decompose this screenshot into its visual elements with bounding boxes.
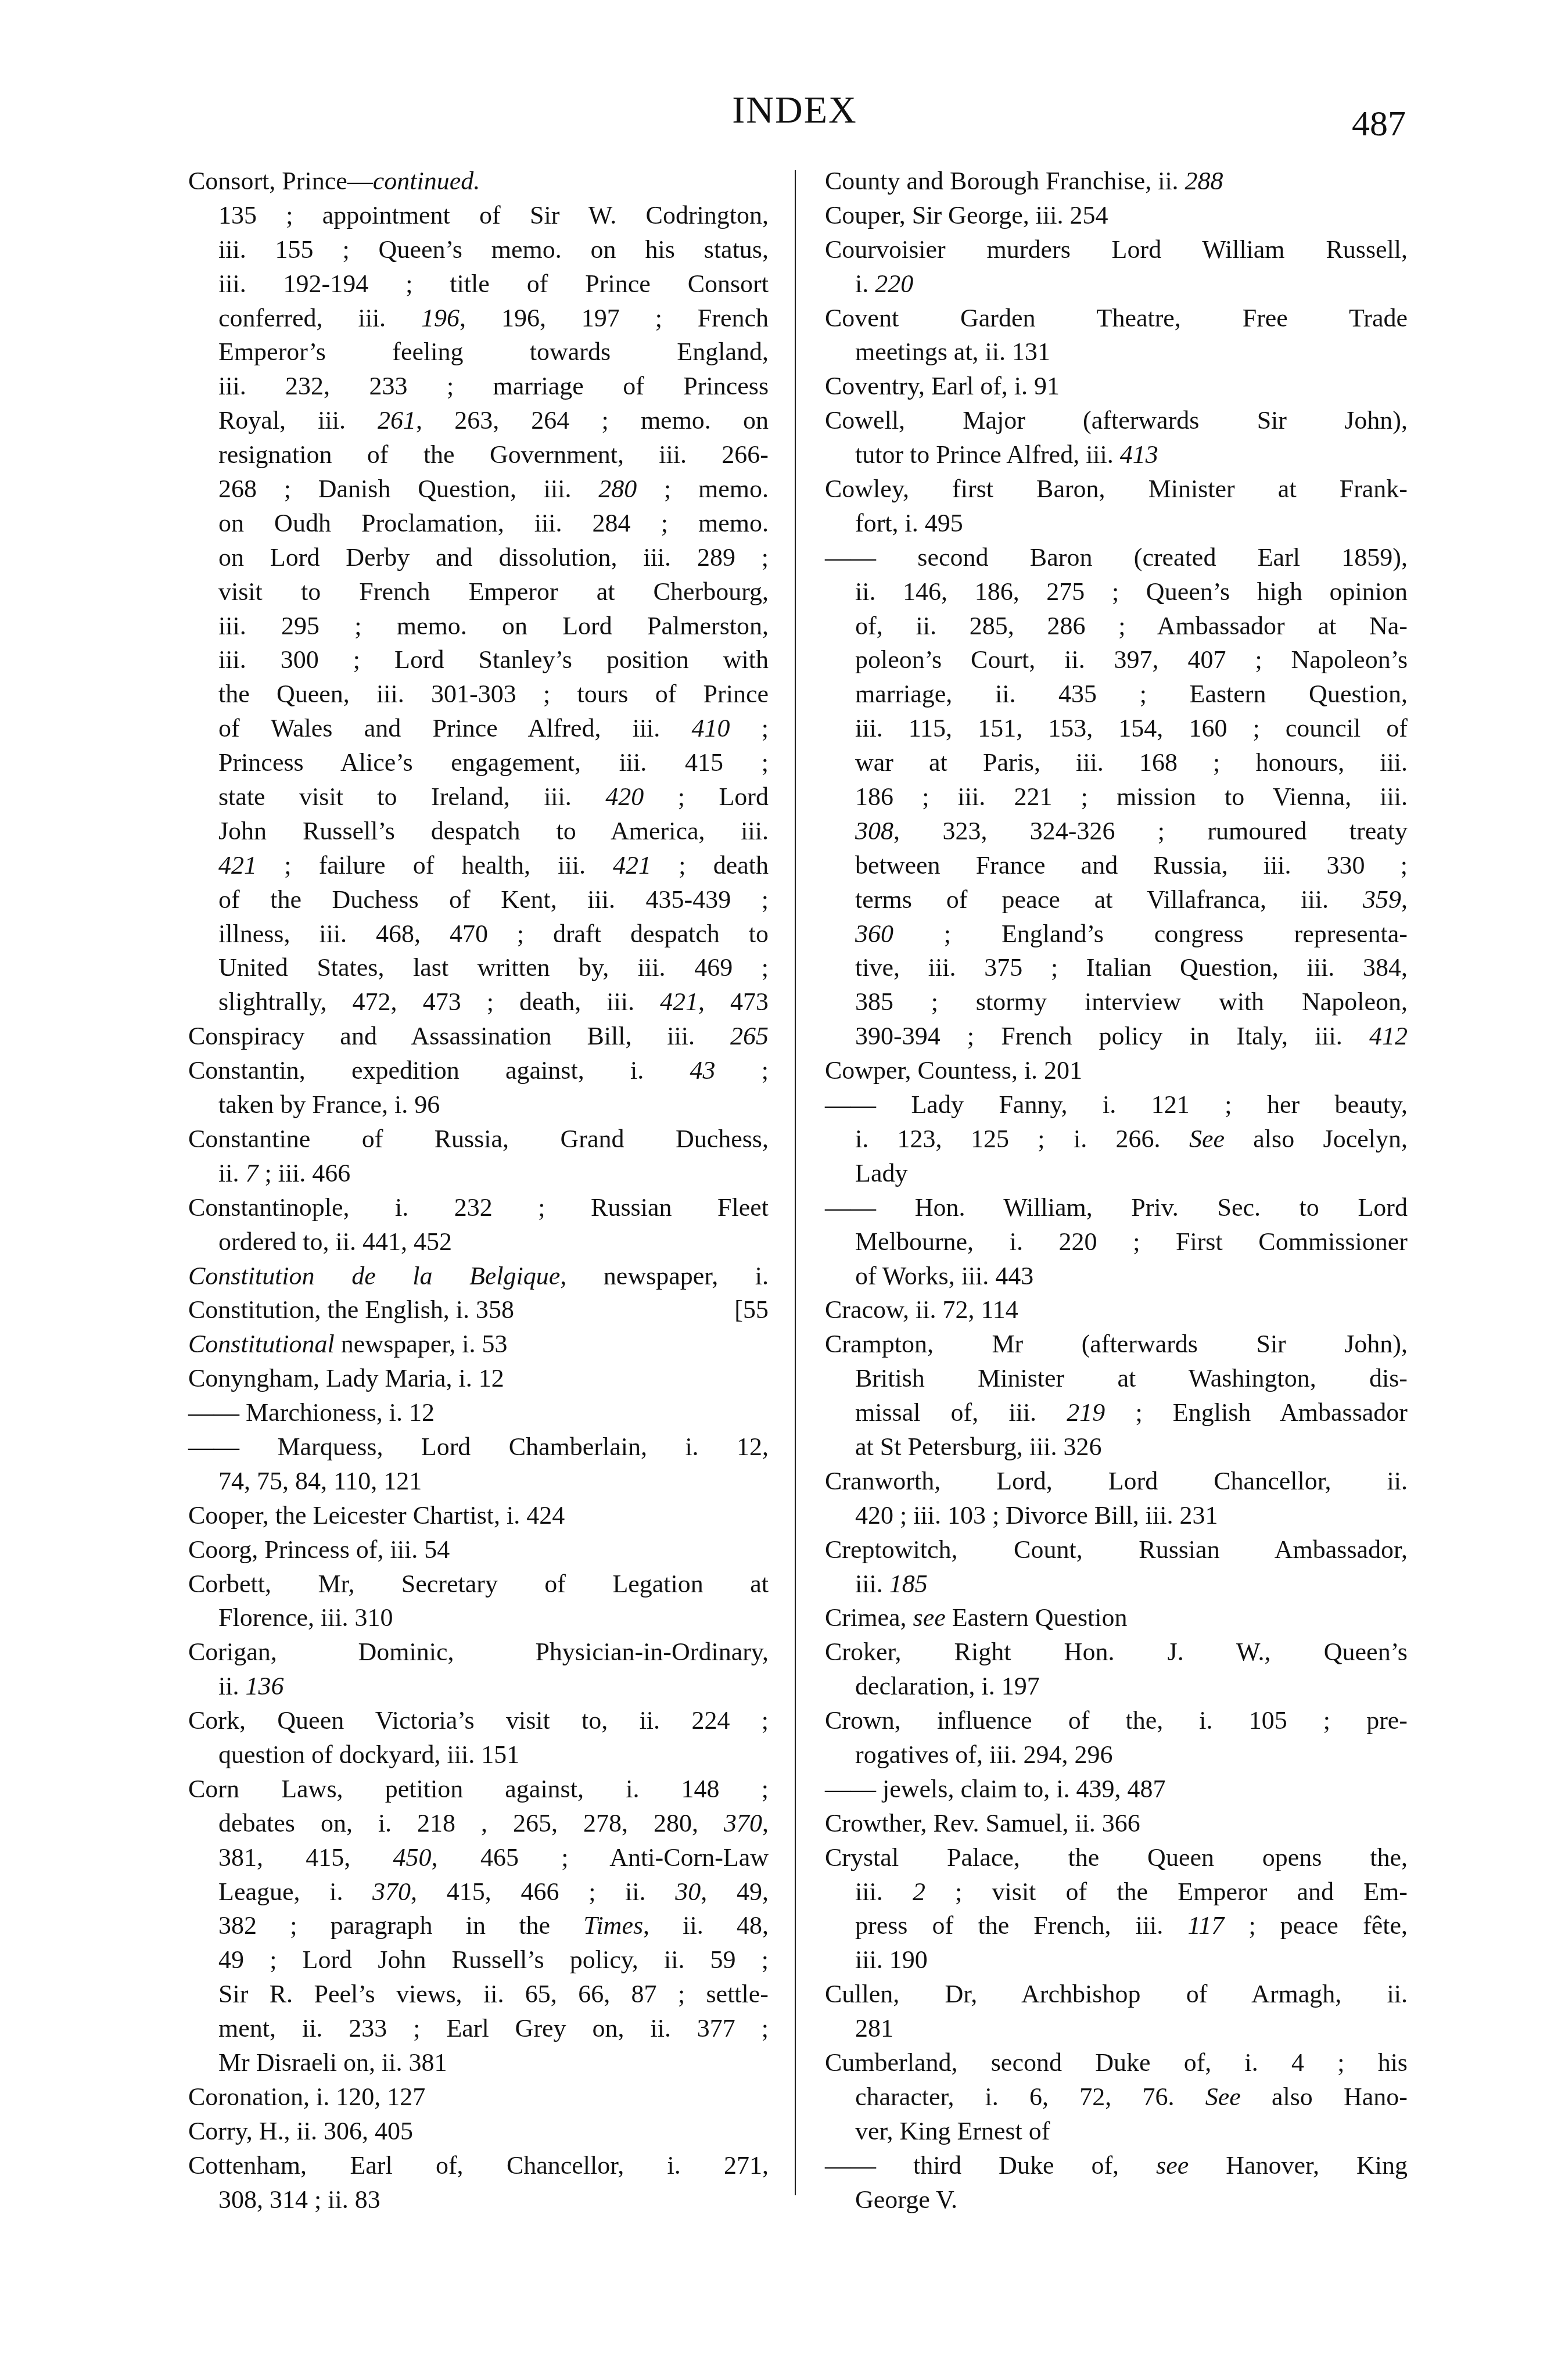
text: —— Hon. William, Priv. Sec. to Lord (825, 1193, 1408, 1222)
text: —— Marquess, Lord Chamberlain, i. 12, (188, 1433, 769, 1461)
italic-text: 219 (1067, 1398, 1105, 1427)
index-entry-line: Constantinople, i. 232 ; Russian Fleet (188, 1191, 769, 1225)
text: ; memo. (637, 475, 769, 503)
text: Constitution, the English, i. 358 (188, 1295, 514, 1324)
text: war at Paris, iii. 168 ; honours, iii. (855, 748, 1408, 777)
index-entry-continuation: 308, 323, 324-326 ; rumoured treaty (825, 814, 1408, 849)
text: —— jewels, claim to, i. 439, 487 (825, 1775, 1166, 1803)
index-entry-continuation: Emperor’s feeling towards England, (188, 335, 769, 369)
text: illness, iii. 468, 470 ; draft despatch … (218, 920, 769, 948)
text: United States, last written by, iii. 469… (218, 953, 769, 982)
index-entry-line: Courvoisier murders Lord William Russell… (825, 233, 1408, 267)
italic-text: 420 (605, 782, 644, 811)
index-entry-line: —— third Duke of, see Hanover, King (825, 2149, 1408, 2183)
text: ii. (218, 1672, 245, 1700)
text: League, i. (218, 1878, 372, 1906)
italic-text: 30 (675, 1878, 701, 1906)
text: taken by France, i. 96 (218, 1090, 440, 1119)
index-entry-line: County and Borough Franchise, ii. 288 (825, 164, 1408, 199)
text: Courvoisier murders Lord William Russell… (825, 235, 1408, 264)
index-entry-line: —— Marquess, Lord Chamberlain, i. 12, (188, 1430, 769, 1464)
index-entry-continuation: 420 ; iii. 103 ; Divorce Bill, iii. 231 (825, 1499, 1408, 1533)
index-entry-continuation: Mr Disraeli on, ii. 381 (188, 2046, 769, 2080)
text: terms of peace at Villafranca, iii. (855, 885, 1363, 914)
italic-text: 412 (1369, 1022, 1408, 1050)
page-title: INDEX (713, 87, 876, 134)
index-entry-line: Conspiracy and Assassination Bill, iii. … (188, 1020, 769, 1054)
text: Emperor’s feeling towards England, (218, 338, 769, 366)
index-entry-continuation: Princess Alice’s engagement, iii. 415 ; (188, 746, 769, 780)
text: Conyngham, Lady Maria, i. 12 (188, 1364, 504, 1392)
index-entry-continuation: Melbourne, i. 220 ; First Commissioner (825, 1225, 1408, 1259)
text: Covent Garden Theatre, Free Trade (825, 304, 1408, 332)
index-entry-line: Crown, influence of the, i. 105 ; pre- (825, 1704, 1408, 1738)
text: ment, ii. 233 ; Earl Grey on, ii. 377 ; (218, 2014, 769, 2042)
text: marriage, ii. 435 ; Eastern Question, (855, 680, 1408, 708)
index-entry-line: Cowper, Countess, i. 201 (825, 1054, 1408, 1088)
text: Cottenham, Earl of, Chancellor, i. 271, (188, 2151, 769, 2180)
index-entry-continuation: Lady (825, 1157, 1408, 1191)
index-entry-line: —— Hon. William, Priv. Sec. to Lord (825, 1191, 1408, 1225)
italic-text: 360 (855, 920, 893, 948)
text: ; visit of the Emperor and Em- (925, 1878, 1408, 1906)
index-entry-line: Cranworth, Lord, Lord Chancellor, ii. (825, 1464, 1408, 1499)
index-entry-continuation: Florence, iii. 310 (188, 1601, 769, 1635)
index-entry-continuation: 74, 75, 84, 110, 121 (188, 1464, 769, 1499)
text: declaration, i. 197 (855, 1672, 1040, 1700)
index-entry-continuation: between France and Russia, iii. 330 ; (825, 849, 1408, 883)
index-entry-line: Constantine of Russia, Grand Duchess, (188, 1122, 769, 1157)
text: Couper, Sir George, iii. 254 (825, 201, 1108, 229)
italic-text: 265 (730, 1022, 769, 1050)
text: at St Petersburg, iii. 326 (855, 1433, 1102, 1461)
index-entry-continuation: Royal, iii. 261, 263, 264 ; memo. on (188, 404, 769, 438)
text: , ii. 48, (643, 1911, 769, 1940)
text: Cracow, ii. 72, 114 (825, 1295, 1018, 1324)
text: John Russell’s despatch to America, iii. (218, 817, 769, 845)
index-entry-line: Coronation, i. 120, 127 (188, 2080, 769, 2115)
text: 390-394 ; French policy in Italy, iii. (855, 1022, 1369, 1050)
index-entry-continuation: tive, iii. 375 ; Italian Question, iii. … (825, 951, 1408, 985)
index-entry-continuation: United States, last written by, iii. 469… (188, 951, 769, 985)
index-entry-continuation: missal of, iii. 219 ; English Ambassador (825, 1396, 1408, 1430)
text: ; English Ambassador (1105, 1398, 1408, 1427)
text: conferred, iii. (218, 304, 421, 332)
text: 135 ; appointment of Sir W. Codrington, (218, 201, 769, 229)
index-entry-continuation: fort, i. 495 (825, 507, 1408, 541)
catchword-tag: [55 (734, 1293, 769, 1327)
italic-text: see (913, 1603, 946, 1632)
text: , 465 ; Anti-Corn-Law (432, 1843, 769, 1872)
text: , 49, (701, 1878, 769, 1906)
text: debates on, i. 218 , 265, 278, 280, (218, 1809, 724, 1837)
text: on Oudh Proclamation, iii. 284 ; memo. (218, 509, 769, 537)
text: Hanover, King (1189, 2151, 1408, 2180)
index-entry-continuation: state visit to Ireland, iii. 420 ; Lord (188, 780, 769, 814)
index-entry-continuation: League, i. 370, 415, 466 ; ii. 30, 49, (188, 1875, 769, 1909)
index-entry-line: Creptowitch, Count, Russian Ambassador, (825, 1533, 1408, 1567)
text: newspaper, i. 53 (335, 1330, 508, 1358)
italic-text: 220 (875, 270, 913, 298)
index-entry-continuation: 360 ; England’s congress representa- (825, 917, 1408, 952)
text: iii. 232, 233 ; marriage of Princess (218, 372, 769, 400)
text: George V. (855, 2185, 957, 2214)
index-entry-continuation: terms of peace at Villafranca, iii. 359, (825, 883, 1408, 917)
text: iii. 192-194 ; title of Prince Consort (218, 270, 769, 298)
index-entry-continuation: iii. 300 ; Lord Stanley’s position with (188, 643, 769, 677)
index-entry-line: Constantin, expedition against, i. 43 ; (188, 1054, 769, 1088)
text: Coronation, i. 120, 127 (188, 2083, 425, 2111)
text: ; iii. 466 (258, 1159, 350, 1187)
text: Mr Disraeli on, ii. 381 (218, 2048, 447, 2077)
index-entry-continuation: visit to French Emperor at Cherbourg, (188, 575, 769, 609)
text: also Hano- (1241, 2083, 1408, 2111)
text: Cranworth, Lord, Lord Chancellor, ii. (825, 1467, 1408, 1495)
index-entry-continuation: British Minister at Washington, dis- (825, 1362, 1408, 1396)
text: character, i. 6, 72, 76. (855, 2083, 1205, 2111)
text: meetings at, ii. 131 (855, 338, 1050, 366)
index-entry-continuation: ment, ii. 233 ; Earl Grey on, ii. 377 ; (188, 2012, 769, 2046)
index-entry-line: Crampton, Mr (afterwards Sir John), (825, 1327, 1408, 1362)
index-entry-continuation: ii. 146, 186, 275 ; Queen’s high opinion (825, 575, 1408, 609)
text: Consort, Prince— (188, 167, 373, 195)
text: 381, 415, (218, 1843, 393, 1872)
index-entry-line: Cooper, the Leicester Chartist, i. 424 (188, 1499, 769, 1533)
index-entry-continuation: 135 ; appointment of Sir W. Codrington, (188, 199, 769, 233)
index-entry-continuation: conferred, iii. 196, 196, 197 ; French (188, 301, 769, 336)
index-entry-continuation: 186 ; iii. 221 ; mission to Vienna, iii. (825, 780, 1408, 814)
text: 420 ; iii. 103 ; Divorce Bill, iii. 231 (855, 1501, 1218, 1530)
index-entry-continuation: taken by France, i. 96 (188, 1088, 769, 1122)
index-entry-line: Covent Garden Theatre, Free Trade (825, 301, 1408, 336)
text: iii. (855, 1878, 913, 1906)
italic-text: 196 (421, 304, 460, 332)
index-entry-continuation: of Wales and Prince Alfred, iii. 410 ; (188, 712, 769, 746)
text: —— third Duke of, (825, 2151, 1156, 2180)
text: , 415, 466 ; ii. (411, 1878, 675, 1906)
index-entry-continuation: Sir R. Peel’s views, ii. 65, 66, 87 ; se… (188, 1977, 769, 2012)
text: Constantin, expedition against, i. (188, 1056, 690, 1085)
index-entry-continuation: iii. 232, 233 ; marriage of Princess (188, 369, 769, 404)
text: rogatives of, iii. 294, 296 (855, 1740, 1113, 1769)
text: Corigan, Dominic, Physician-in-Ordinary, (188, 1638, 769, 1666)
index-entry-continuation: iii. 2 ; visit of the Emperor and Em- (825, 1875, 1408, 1909)
italic-text: 308 (855, 817, 893, 845)
index-entry-continuation: declaration, i. 197 (825, 1670, 1408, 1704)
index-entry-line: —— Lady Fanny, i. 121 ; her beauty, (825, 1088, 1408, 1122)
text: Coventry, Earl of, i. 91 (825, 372, 1060, 400)
text: of Wales and Prince Alfred, iii. (218, 714, 692, 742)
text: ver, King Ernest of (855, 2117, 1050, 2145)
index-entry-line: —— Marchioness, i. 12 (188, 1396, 769, 1430)
index-entry-continuation: the Queen, iii. 301-303 ; tours of Princ… (188, 677, 769, 712)
index-entry-line: Croker, Right Hon. J. W., Queen’s (825, 1635, 1408, 1670)
italic-text: continued. (373, 167, 480, 195)
italic-text: 413 (1120, 440, 1158, 469)
text: of the Duchess of Kent, iii. 435-439 ; (218, 885, 769, 914)
text: Corbett, Mr, Secretary of Legation at (188, 1570, 769, 1598)
index-entry-continuation: iii. 115, 151, 153, 154, 160 ; council o… (825, 712, 1408, 746)
index-entry-line: Crimea, see Eastern Question (825, 1601, 1408, 1635)
index-entry-continuation: tutor to Prince Alfred, iii. 413 (825, 438, 1408, 472)
text: tive, iii. 375 ; Italian Question, iii. … (855, 953, 1408, 982)
italic-text: 136 (245, 1672, 283, 1700)
text: iii. 190 (855, 1945, 928, 1974)
text: Cork, Queen Victoria’s visit to, ii. 224… (188, 1706, 769, 1735)
text: poleon’s Court, ii. 397, 407 ; Napoleon’… (855, 645, 1408, 674)
text: of Works, iii. 443 (855, 1262, 1033, 1290)
index-entry-continuation: i. 220 (825, 267, 1408, 301)
text: ; peace fête, (1224, 1911, 1408, 1940)
index-entry-line: Corry, H., ii. 306, 405 (188, 2115, 769, 2149)
text: , (762, 1809, 769, 1837)
text: Corry, H., ii. 306, 405 (188, 2117, 413, 2145)
index-entry-continuation: 281 (825, 2012, 1408, 2046)
text: press of the French, iii. (855, 1911, 1188, 1940)
text: between France and Russia, iii. 330 ; (855, 851, 1408, 880)
text: of, ii. 285, 286 ; Ambassador at Na- (855, 612, 1408, 640)
italic-text: Constitutional (188, 1330, 335, 1358)
index-entry-line: Corigan, Dominic, Physician-in-Ordinary, (188, 1635, 769, 1670)
index-entry-continuation: of the Duchess of Kent, iii. 435-439 ; (188, 883, 769, 917)
index-entry-line: Cumberland, second Duke of, i. 4 ; his (825, 2046, 1408, 2080)
index-entry-continuation: resignation of the Government, iii. 266- (188, 438, 769, 472)
italic-text: 370 (724, 1809, 762, 1837)
text: —— Lady Fanny, i. 121 ; her beauty, (825, 1090, 1408, 1119)
index-entry-line: —— jewels, claim to, i. 439, 487 (825, 1772, 1408, 1807)
text: Crystal Palace, the Queen opens the, (825, 1843, 1408, 1872)
text: 49 ; Lord John Russell’s policy, ii. 59 … (218, 1945, 769, 1974)
text: British Minister at Washington, dis- (855, 1364, 1408, 1392)
index-entry-continuation: i. 123, 125 ; i. 266. See also Jocelyn, (825, 1122, 1408, 1157)
text: the Queen, iii. 301-303 ; tours of Princ… (218, 680, 769, 708)
italic-text: 421 (660, 988, 698, 1016)
text: iii. 295 ; memo. on Lord Palmerston, (218, 612, 769, 640)
text: , 473 (698, 988, 769, 1016)
italic-text: See (1189, 1125, 1225, 1153)
text: 74, 75, 84, 110, 121 (218, 1467, 422, 1495)
index-entry-continuation: marriage, ii. 435 ; Eastern Question, (825, 677, 1408, 712)
text: visit to French Emperor at Cherbourg, (218, 577, 769, 606)
text: ii. (218, 1159, 245, 1187)
italic-text: Times (583, 1911, 643, 1940)
index-entry-continuation: 385 ; stormy interview with Napoleon, (825, 985, 1408, 1020)
text: ; Lord (644, 782, 769, 811)
index-entry-line: Corbett, Mr, Secretary of Legation at (188, 1567, 769, 1602)
index-entry-continuation: iii. 185 (825, 1567, 1408, 1602)
index-entry-line: Constitution de la Belgique, newspaper, … (188, 1259, 769, 1294)
index-entry-line: —— second Baron (created Earl 1859), (825, 541, 1408, 575)
text: ; England’s congress representa- (893, 920, 1408, 948)
index-entry-line: Cork, Queen Victoria’s visit to, ii. 224… (188, 1704, 769, 1738)
index-entry-line: Cowley, first Baron, Minister at Frank- (825, 472, 1408, 507)
text: on Lord Derby and dissolution, iii. 289 … (218, 543, 769, 572)
index-entry-continuation: character, i. 6, 72, 76. See also Hano- (825, 2080, 1408, 2115)
text: 385 ; stormy interview with Napoleon, (855, 988, 1408, 1016)
text: iii. 300 ; Lord Stanley’s position with (218, 645, 769, 674)
text: resignation of the Government, iii. 266- (218, 440, 769, 469)
index-entry-continuation: 49 ; Lord John Russell’s policy, ii. 59 … (188, 1943, 769, 1977)
italic-text: Constitution de la Belgique (188, 1262, 560, 1290)
text: ii. 146, 186, 275 ; Queen’s high opinion (855, 577, 1408, 606)
text: , newspaper, i. (560, 1262, 769, 1290)
index-entry-continuation: ii. 136 (188, 1670, 769, 1704)
index-entry-line: Cracow, ii. 72, 114 (825, 1293, 1408, 1327)
italic-text: 261 (378, 406, 416, 435)
italic-text: 421 (613, 851, 651, 880)
index-entry-continuation: John Russell’s despatch to America, iii. (188, 814, 769, 849)
text: , (1401, 885, 1408, 914)
text: Crimea, (825, 1603, 913, 1632)
text: state visit to Ireland, iii. (218, 782, 605, 811)
text: Corn Laws, petition against, i. 148 ; (188, 1775, 769, 1803)
text: Eastern Question (946, 1603, 1128, 1632)
index-entry-line: Cullen, Dr, Archbishop of Armagh, ii. (825, 1977, 1408, 2012)
italic-text: 7 (245, 1159, 258, 1187)
text: Creptowitch, Count, Russian Ambassador, (825, 1535, 1408, 1564)
index-column-left: Consort, Prince—continued.135 ; appointm… (188, 164, 769, 2217)
text: Cullen, Dr, Archbishop of Armagh, ii. (825, 1980, 1408, 2008)
text: also Jocelyn, (1225, 1125, 1408, 1153)
text: —— Marchioness, i. 12 (188, 1398, 435, 1427)
text: Coorg, Princess of, iii. 54 (188, 1535, 450, 1564)
index-entry-continuation: 382 ; paragraph in the Times, ii. 48, (188, 1909, 769, 1943)
text: Lady (855, 1159, 907, 1187)
index-entry-continuation: on Lord Derby and dissolution, iii. 289 … (188, 541, 769, 575)
index-column-right: County and Borough Franchise, ii. 288Cou… (825, 164, 1408, 2217)
text: 281 (855, 2014, 893, 2042)
index-entry-continuation: iii. 155 ; Queen’s memo. on his status, (188, 233, 769, 267)
italic-text: 117 (1188, 1911, 1225, 1940)
text: tutor to Prince Alfred, iii. (855, 440, 1120, 469)
text: missal of, iii. (855, 1398, 1067, 1427)
index-entry-continuation: debates on, i. 218 , 265, 278, 280, 370, (188, 1807, 769, 1841)
index-entry-continuation: press of the French, iii. 117 ; peace fê… (825, 1909, 1408, 1943)
index-entry-continuation: meetings at, ii. 131 (825, 335, 1408, 369)
index-entry-continuation: slightrally, 472, 473 ; death, iii. 421,… (188, 985, 769, 1020)
index-entry-line: Crowther, Rev. Samuel, ii. 366 (825, 1807, 1408, 1841)
italic-text: 450 (393, 1843, 432, 1872)
text: Florence, iii. 310 (218, 1603, 393, 1632)
text: , 196, 197 ; French (460, 304, 769, 332)
text: Royal, iii. (218, 406, 378, 435)
page-number: 487 (1330, 103, 1406, 144)
text: iii. 155 ; Queen’s memo. on his status, (218, 235, 769, 264)
index-entry-line: Crystal Palace, the Queen opens the, (825, 1841, 1408, 1875)
text: 186 ; iii. 221 ; mission to Vienna, iii. (855, 782, 1408, 811)
index-entry-continuation: 390-394 ; French policy in Italy, iii. 4… (825, 1020, 1408, 1054)
italic-text: 288 (1185, 167, 1223, 195)
index-entry-continuation: 308, 314 ; ii. 83 (188, 2183, 769, 2217)
text: Crampton, Mr (afterwards Sir John), (825, 1330, 1408, 1358)
index-entry-continuation: 268 ; Danish Question, iii. 280 ; memo. (188, 472, 769, 507)
text: ordered to, ii. 441, 452 (218, 1227, 452, 1256)
index-entry-line: Corn Laws, petition against, i. 148 ; (188, 1772, 769, 1807)
index-entry-line: Cowell, Major (afterwards Sir John), (825, 404, 1408, 438)
italic-text: 370 (372, 1878, 411, 1906)
index-entry-line: Constitutional newspaper, i. 53 (188, 1327, 769, 1362)
index-entry-continuation: on Oudh Proclamation, iii. 284 ; memo. (188, 507, 769, 541)
text: Cooper, the Leicester Chartist, i. 424 (188, 1501, 565, 1530)
text: 382 ; paragraph in the (218, 1911, 583, 1940)
text: i. (855, 270, 875, 298)
text: Cowper, Countess, i. 201 (825, 1056, 1082, 1085)
italic-text: 280 (598, 475, 637, 503)
text: Constantine of Russia, Grand Duchess, (188, 1125, 769, 1153)
text: iii. 115, 151, 153, 154, 160 ; council o… (855, 714, 1408, 742)
text: ; failure of health, iii. (257, 851, 613, 880)
text: ; death (651, 851, 769, 880)
text: , 263, 264 ; memo. on (416, 406, 769, 435)
index-entry-continuation: question of dockyard, iii. 151 (188, 1738, 769, 1772)
text: ; (715, 1056, 769, 1085)
index-entry-continuation: George V. (825, 2183, 1408, 2217)
index-entry-continuation: at St Petersburg, iii. 326 (825, 1430, 1408, 1464)
text: Cowell, Major (afterwards Sir John), (825, 406, 1408, 435)
index-entry-continuation: 381, 415, 450, 465 ; Anti-Corn-Law (188, 1841, 769, 1875)
index-entry-line: Coventry, Earl of, i. 91 (825, 369, 1408, 404)
text: iii. (855, 1570, 889, 1598)
text: ; (730, 714, 769, 742)
index-entry-continuation: war at Paris, iii. 168 ; honours, iii. (825, 746, 1408, 780)
italic-text: 421 (218, 851, 257, 880)
index-entry-continuation: ver, King Ernest of (825, 2115, 1408, 2149)
index-entry-line: Conyngham, Lady Maria, i. 12 (188, 1362, 769, 1396)
italic-text: See (1205, 2083, 1241, 2111)
italic-text: 43 (690, 1056, 715, 1085)
index-entry-continuation: iii. 190 (825, 1943, 1408, 1977)
index-entry-continuation: rogatives of, iii. 294, 296 (825, 1738, 1408, 1772)
text: question of dockyard, iii. 151 (218, 1740, 519, 1769)
index-entry-continuation: of, ii. 285, 286 ; Ambassador at Na- (825, 609, 1408, 644)
italic-text: see (1156, 2151, 1189, 2180)
italic-text: 359 (1363, 885, 1401, 914)
text: , 323, 324-326 ; rumoured treaty (893, 817, 1408, 845)
text: Conspiracy and Assassination Bill, iii. (188, 1022, 730, 1050)
index-entry-continuation: 421 ; failure of health, iii. 421 ; deat… (188, 849, 769, 883)
index-entry-line: Couper, Sir George, iii. 254 (825, 199, 1408, 233)
text: slightrally, 472, 473 ; death, iii. (218, 988, 660, 1016)
index-entry-line: Cottenham, Earl of, Chancellor, i. 271, (188, 2149, 769, 2183)
text: Constantinople, i. 232 ; Russian Fleet (188, 1193, 769, 1222)
text: Melbourne, i. 220 ; First Commissioner (855, 1227, 1408, 1256)
text: Cowley, first Baron, Minister at Frank- (825, 475, 1408, 503)
index-entry-continuation: iii. 295 ; memo. on Lord Palmerston, (188, 609, 769, 644)
italic-text: 185 (889, 1570, 928, 1598)
text: i. 123, 125 ; i. 266. (855, 1125, 1189, 1153)
text: Crown, influence of the, i. 105 ; pre- (825, 1706, 1408, 1735)
text: fort, i. 495 (855, 509, 963, 537)
text: County and Borough Franchise, ii. (825, 167, 1185, 195)
text: Cumberland, second Duke of, i. 4 ; his (825, 2048, 1408, 2077)
text: 268 ; Danish Question, iii. (218, 475, 598, 503)
text: Sir R. Peel’s views, ii. 65, 66, 87 ; se… (218, 1980, 769, 2008)
index-entry-continuation: ordered to, ii. 441, 452 (188, 1225, 769, 1259)
text: 308, 314 ; ii. 83 (218, 2185, 381, 2214)
italic-text: 2 (913, 1878, 925, 1906)
index-entry-line: Constitution, the English, i. 358[55 (188, 1293, 769, 1327)
text: Croker, Right Hon. J. W., Queen’s (825, 1638, 1408, 1666)
text: —— second Baron (created Earl 1859), (825, 543, 1408, 572)
index-entry-continuation: iii. 192-194 ; title of Prince Consort (188, 267, 769, 301)
text: Princess Alice’s engagement, iii. 415 ; (218, 748, 769, 777)
italic-text: 410 (692, 714, 730, 742)
column-divider (795, 170, 796, 2195)
index-entry-line: Coorg, Princess of, iii. 54 (188, 1533, 769, 1567)
index-entry-continuation: illness, iii. 468, 470 ; draft despatch … (188, 917, 769, 952)
text: Crowther, Rev. Samuel, ii. 366 (825, 1809, 1140, 1837)
index-entry-continuation: ii. 7 ; iii. 466 (188, 1157, 769, 1191)
